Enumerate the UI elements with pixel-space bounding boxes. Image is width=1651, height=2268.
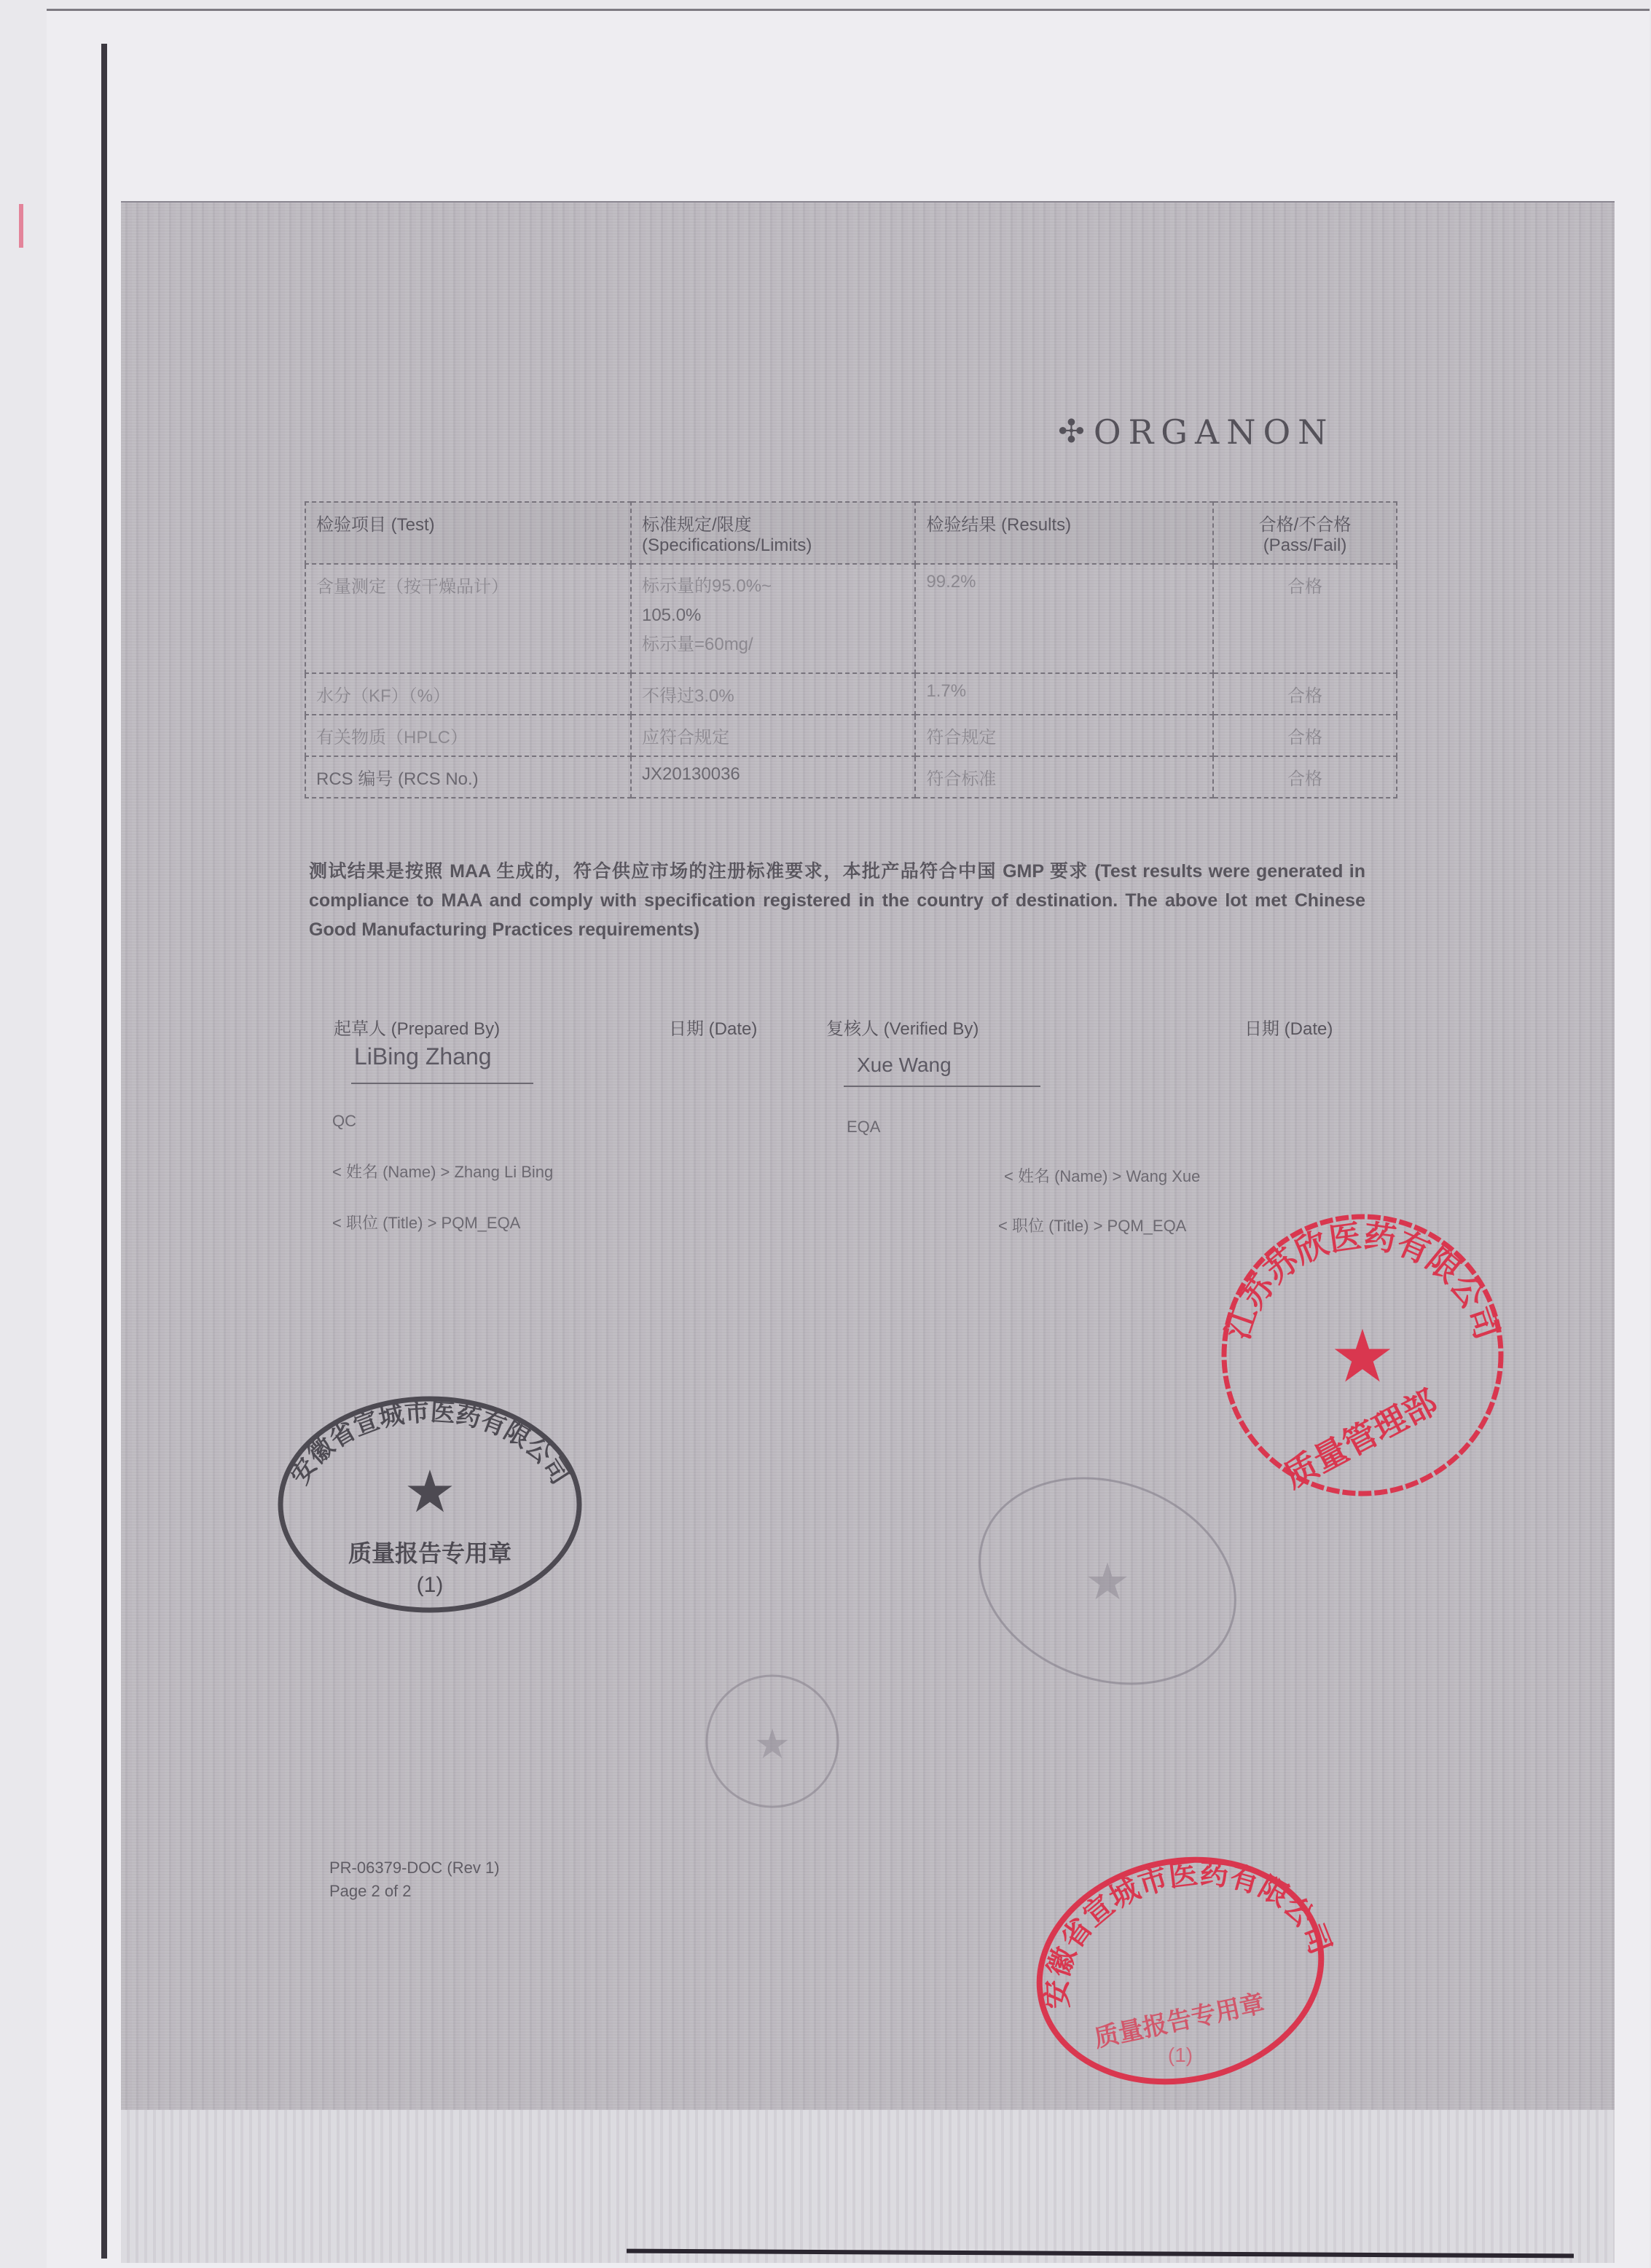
svg-text:★: ★: [1085, 1553, 1131, 1610]
test-results-table: 检验项目 (Test) 标准规定/限度 (Specifications/Limi…: [305, 501, 1397, 798]
prepared-by-label: 起草人 (Prepared By): [334, 1014, 500, 1040]
prepared-signature: LiBing Zhang: [354, 1043, 492, 1070]
table-header-row: 检验项目 (Test) 标准规定/限度 (Specifications/Limi…: [305, 502, 1397, 564]
cell-spec: 应符合规定: [631, 715, 915, 756]
svg-text:安徽省宣城市医药有限公司: 安徽省宣城市医药有限公司: [1027, 1843, 1333, 2015]
cell-test: 有关物质（HPLC）: [305, 715, 631, 756]
verified-date-label: 日期 (Date): [1244, 1014, 1333, 1040]
margin-mark: [19, 204, 23, 248]
cell-pass-fail: 合格: [1213, 564, 1397, 673]
verified-by-label: 复核人 (Verified By): [826, 1014, 979, 1040]
prepared-department: QC: [332, 1112, 356, 1131]
red-round-qa-stamp: 江苏苏欣医药有限公司 ★ 质量管理部: [1209, 1209, 1515, 1501]
blank-lower-area: [121, 2110, 1615, 2263]
prepared-title: < 职位 (Title) > PQM_EQA: [332, 1211, 520, 1233]
red-oval-company-stamp: 安徽省宣城市医药有限公司 质量报告专用章 (1): [1027, 1843, 1333, 2098]
faint-oval-stamp: ★: [969, 1472, 1246, 1690]
page-number: Page 2 of 2: [329, 1880, 500, 1903]
header-results: 检验结果 (Results): [915, 502, 1213, 564]
cell-test: 水分（KF）（%）: [305, 673, 631, 715]
cell-result: 1.7%: [915, 673, 1213, 715]
table-row: 水分（KF）（%） 不得过3.0% 1.7% 合格: [305, 673, 1397, 715]
verified-title: < 职位 (Title) > PQM_EQA: [998, 1214, 1186, 1236]
svg-text:(1): (1): [417, 1573, 444, 1597]
prepared-date-label: 日期 (Date): [669, 1014, 757, 1040]
cell-result: 符合标准: [915, 756, 1213, 798]
gray-oval-company-stamp: 安徽省宣城市医药有限公司 ★ 质量报告专用章 (1): [270, 1388, 590, 1614]
cell-pass-fail: 合格: [1213, 673, 1397, 715]
svg-text:(1): (1): [1168, 2044, 1193, 2066]
table-row: 有关物质（HPLC） 应符合规定 符合规定 合格: [305, 715, 1397, 756]
sparkle-star-icon: ✣: [1058, 416, 1085, 448]
prepared-signature-line: [351, 1083, 533, 1084]
verified-signature: Xue Wang: [857, 1053, 952, 1077]
binding-edge: [101, 44, 107, 2259]
verified-name: < 姓名 (Name) > Wang Xue: [1004, 1164, 1200, 1187]
header-test: 检验项目 (Test): [305, 502, 631, 564]
header-pass-fail: 合格/不合格 (Pass/Fail): [1213, 502, 1397, 564]
cell-test: RCS 编号 (RCS No.): [305, 756, 631, 798]
faint-round-stamp: ★: [696, 1672, 849, 1810]
cell-spec: 标示量的95.0%~ 105.0% 标示量=60mg/: [631, 564, 915, 673]
svg-text:质量报告专用章: 质量报告专用章: [348, 1539, 511, 1567]
star-icon: ★: [404, 1459, 456, 1524]
cell-result: 符合规定: [915, 715, 1213, 756]
compliance-statement: 测试结果是按照 MAA 生成的，符合供应市场的注册标准要求，本批产品符合中国 G…: [309, 857, 1365, 944]
cell-spec: JX20130036: [631, 756, 915, 798]
verified-signature-line: [844, 1086, 1040, 1087]
svg-text:★: ★: [754, 1721, 791, 1767]
cell-pass-fail: 合格: [1213, 715, 1397, 756]
svg-text:质量管理部: 质量管理部: [1277, 1382, 1443, 1496]
verified-department: EQA: [847, 1118, 880, 1137]
cell-pass-fail: 合格: [1213, 756, 1397, 798]
brand-name: ORGANON: [1094, 412, 1335, 452]
copied-document-area: [121, 201, 1615, 2113]
cell-result: 99.2%: [915, 564, 1213, 673]
cell-spec: 不得过3.0%: [631, 673, 915, 715]
header-spec: 标准规定/限度 (Specifications/Limits): [631, 502, 915, 564]
document-footer: PR-06379-DOC (Rev 1) Page 2 of 2: [329, 1856, 500, 1903]
table-row: RCS 编号 (RCS No.) JX20130036 符合标准 合格: [305, 756, 1397, 798]
cell-test: 含量测定（按干燥品计）: [305, 564, 631, 673]
prepared-name: < 姓名 (Name) > Zhang Li Bing: [332, 1160, 553, 1182]
star-icon: ★: [1330, 1316, 1395, 1397]
table-row: 含量测定（按干燥品计） 标示量的95.0%~ 105.0% 标示量=60mg/ …: [305, 564, 1397, 673]
document-id: PR-06379-DOC (Rev 1): [329, 1856, 500, 1880]
organon-logo: ✣ ORGANON: [1058, 412, 1334, 452]
